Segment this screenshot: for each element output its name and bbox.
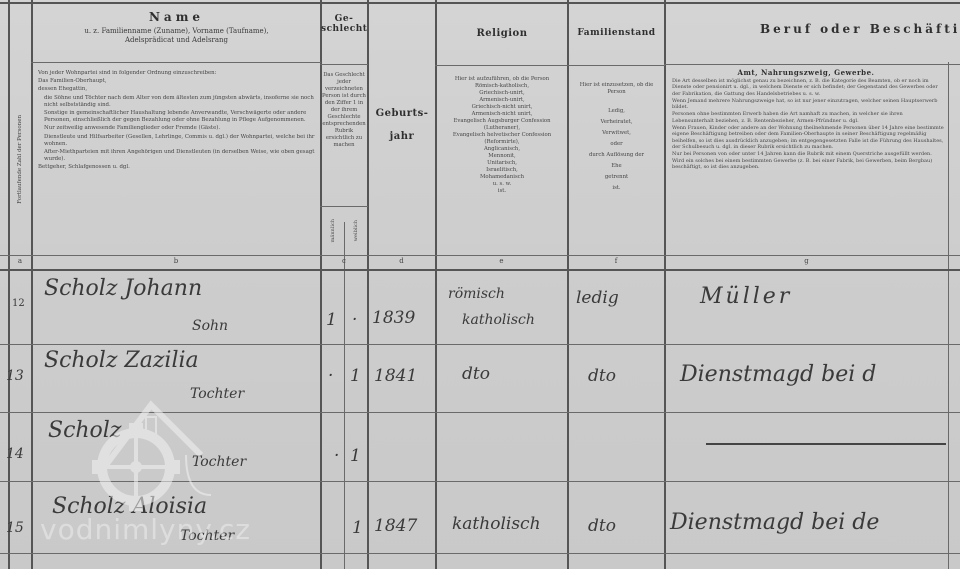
col-c-title-2: schlecht (321, 24, 367, 34)
col-b-title: Name (33, 10, 320, 24)
col-g-instructions: Die Art desselben ist möglichst genau zu… (672, 78, 944, 254)
marital-status: dto (588, 516, 616, 536)
occupation: Dienstmagd bei de (670, 510, 879, 535)
rule-col-g-h (948, 62, 949, 569)
name-line-1: Scholz Zazilia (44, 348, 199, 373)
sex-male: · (328, 366, 333, 386)
rule-col-a-b (31, 0, 33, 569)
col-a-header-text: Fortlaufende Zahl der Personen (17, 115, 23, 204)
rule-col-e-f (567, 0, 569, 569)
instr-line: dessen Ehegattin, (38, 86, 316, 93)
name-line-2: Tochter (190, 386, 244, 402)
col-e-header: Religion (437, 28, 567, 48)
col-b-header: Name u. z. Familienname (Zuname), Vornam… (33, 10, 320, 62)
name-line-1: Scholz (48, 418, 121, 443)
col-c-title-1: Ge- (321, 14, 367, 24)
religion-line-1: dto (462, 364, 490, 384)
census-sheet: Fortlaufende Zahl der Personen Name u. z… (0, 0, 960, 569)
occupation: Müller (700, 284, 792, 309)
rule-col-d-e (435, 0, 437, 569)
row-number: 15 (6, 520, 24, 536)
col-c-male-header: männlich (321, 208, 344, 254)
col-f-instructions: Hier ist einzusetzen, ob die Person Ledi… (570, 82, 663, 252)
col-g-title: Beruf oder Beschäftig (760, 22, 960, 36)
col-d-header: Geburts- jahr (369, 108, 435, 158)
rule-col-f-g (664, 0, 666, 569)
rule-c-sub (320, 206, 368, 207)
marital-status: dto (588, 366, 616, 386)
rule-c-title (320, 64, 368, 65)
col-c-female-header: weiblich (345, 208, 367, 254)
row-number: 13 (6, 368, 24, 384)
col-f-header: Familienstand (569, 28, 664, 48)
col-g-subtitle: Amt, Nahrungszweig, Gewerbe. (666, 68, 946, 77)
rule-row-14-15 (0, 481, 960, 482)
rule-col-c-split (344, 222, 345, 569)
birth-year: 1841 (374, 366, 417, 386)
col-d-title-2: jahr (369, 131, 435, 142)
rule-row-12-13 (0, 344, 960, 345)
sex-female: 1 (350, 366, 361, 386)
instr-line: Nur zeitweilig anwesende Familienglieder… (38, 125, 316, 132)
religion-line-1: römisch (448, 286, 505, 302)
sex-male: · (334, 446, 339, 466)
sex-female: 1 (350, 446, 361, 466)
rule-col-c-d (367, 0, 369, 569)
rule-row-13-14 (0, 412, 960, 413)
sex-female: 1 (352, 518, 363, 538)
col-e-instructions: Hier ist aufzuführen, ob die Person Römi… (438, 76, 566, 254)
col-b-subtitle-2: Adelsprädicat und Adelsrang (33, 36, 320, 45)
rule-b-title (31, 62, 321, 63)
col-letter-f: f (568, 257, 664, 265)
col-d-title-1: Geburts- (369, 108, 435, 119)
col-letter-b: b (32, 257, 320, 265)
religion-line-1: katholisch (452, 514, 541, 534)
col-c-instructions: Das Geschlecht jeder verzeichneten Perso… (322, 72, 366, 204)
instr-line: Das Familien-Oberhaupt, (38, 78, 316, 85)
rule-g-title (664, 64, 960, 65)
instr-line: Sonstige in gemeinschaftlicher Haushaltu… (38, 110, 316, 124)
col-c-header: Ge- schlecht (321, 14, 367, 62)
name-line-1: Scholz Aloisia (52, 494, 207, 519)
birth-year: 1847 (374, 516, 417, 536)
col-f-title: Familienstand (569, 28, 664, 38)
row-number: 12 (12, 298, 25, 309)
col-g-header: Beruf oder Beschäftig (760, 22, 960, 46)
col-letter-c: c (321, 257, 367, 265)
col-b-instructions: Von jeder Wohnpartei sind in folgender O… (38, 70, 316, 255)
rule-letters-top (0, 255, 960, 256)
col-e-title: Religion (437, 28, 567, 39)
instr-line: Bettgeher, Schlafgenossen u. dgl. (38, 164, 316, 171)
col-a-header: Fortlaufende Zahl der Personen (9, 64, 31, 254)
rule-letters-bottom (0, 269, 960, 271)
instr-line: After-Miethparteien mit ihren Angehörige… (38, 149, 316, 163)
occupation-dash (706, 443, 946, 445)
sex-male: 1 (326, 310, 337, 330)
col-letter-d: d (368, 257, 435, 265)
rule-top (0, 2, 960, 4)
col-letter-a: a (9, 257, 31, 265)
name-line-2: Sohn (192, 318, 228, 334)
rule-row-15-16 (0, 553, 960, 554)
col-b-subtitle-1: u. z. Familienname (Zuname), Vorname (Ta… (33, 27, 320, 36)
occupation: Dienstmagd bei d (680, 362, 876, 387)
marital-status: ledig (576, 288, 619, 308)
col-letter-e: e (436, 257, 567, 265)
birth-year: 1839 (372, 308, 415, 328)
col-letter-g: g (665, 257, 948, 265)
name-line-2: Tochter (192, 454, 246, 470)
col-g-subtitle-box: Amt, Nahrungszweig, Gewerbe. (666, 68, 946, 78)
instr-line: die Söhne und Töchter nach dem Alter von… (38, 95, 316, 109)
row-number: 14 (6, 446, 24, 462)
sex-female: · (352, 310, 357, 330)
instr-line: Dienstleute und Hilfsarbeiter (Gesellen,… (38, 134, 316, 148)
name-line-2: Tochter (180, 528, 234, 544)
instr-line: Von jeder Wohnpartei sind in folgender O… (38, 70, 316, 77)
name-line-1: Scholz Johann (44, 276, 202, 301)
religion-line-2: katholisch (462, 312, 535, 328)
rule-ef-title (435, 65, 665, 66)
